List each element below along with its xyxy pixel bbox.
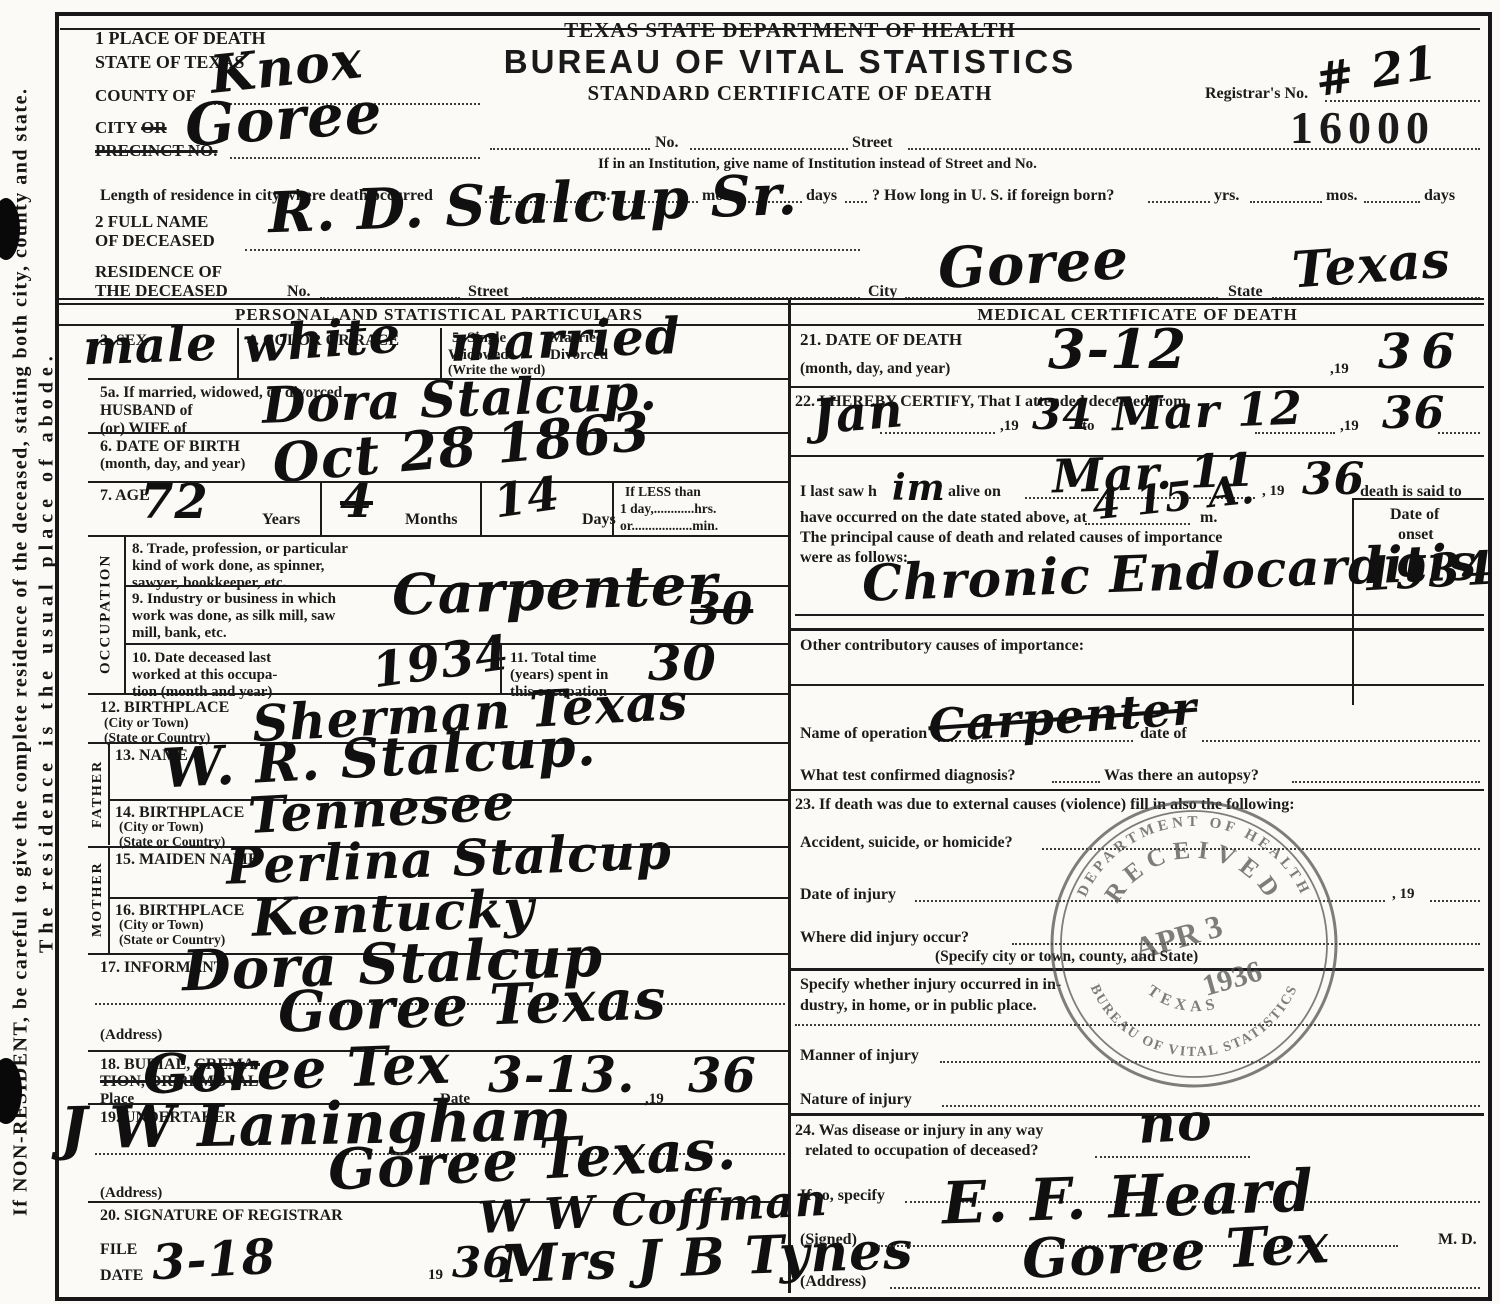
m-label: m. [1200, 508, 1217, 527]
burial-19-label: ,19 [645, 1090, 664, 1108]
fb-mos: mos. [1326, 186, 1358, 205]
autopsy-label: Was there an autopsy? [1104, 766, 1259, 785]
f22-dots1 [880, 432, 995, 434]
death-certificate-scan: If NON-RESIDENT, be careful to give the … [0, 0, 1500, 1304]
full-name-handwritten: R. D. Stalcup Sr. [267, 167, 798, 241]
file-date-label: DATE [100, 1266, 143, 1285]
father-strip-divider [108, 742, 110, 845]
industry-struck-handwritten: 30 [690, 588, 753, 632]
nature-label: Nature of injury [800, 1090, 912, 1109]
fb-days: days [1424, 186, 1455, 205]
last-saw-19-label: , 19 [1262, 482, 1285, 500]
cause-underline [795, 614, 1484, 616]
res-city-handwritten: Goree [937, 231, 1131, 297]
burial-year-handwritten: 36 [688, 1052, 757, 1100]
less-than-label3: or..................min. [620, 518, 718, 534]
county-of-label: COUNTY OF [95, 86, 196, 106]
f9-label3: mill, bank, etc. [132, 624, 227, 642]
row7-bottom-rule [88, 535, 788, 537]
onset-label1: Date of [1390, 505, 1439, 524]
no-label: No. [655, 133, 679, 152]
f20-label: 20. SIGNATURE OF REGISTRAR [100, 1206, 343, 1225]
file-date-handwritten: 3-18 [151, 1233, 277, 1287]
f21-19-label: ,19 [1330, 360, 1349, 378]
fb-dots2 [1250, 201, 1322, 203]
f8-label1: 8. Trade, profession, or particular [132, 540, 348, 558]
age-years-handwritten: 72 [140, 478, 209, 526]
contributory-label: Other contributory causes of importance: [800, 636, 1084, 655]
less-than-label2: 1 day,............hrs. [620, 501, 716, 517]
mother-strip-divider [108, 846, 110, 953]
foreign-born-label: ? How long in U. S. if foreign born? [872, 186, 1114, 205]
section-top-rule1 [59, 298, 1484, 300]
onset-handwritten: 1934 [1361, 545, 1495, 598]
mother-side-label: MOTHER [88, 846, 108, 953]
f12-city-town: (City or Town) [104, 715, 189, 731]
file-19-label: 19 [428, 1266, 443, 1284]
lr-days: days [806, 186, 837, 205]
lr-dots4 [845, 201, 867, 203]
f16-city-town: (City or Town) [119, 917, 204, 933]
f22-dots3 [1438, 432, 1480, 434]
days-label: Days [582, 510, 616, 529]
test-dots [1052, 781, 1100, 783]
last-saw-pre-label: I last saw h [800, 482, 877, 501]
test-label: What test confirmed diagnosis? [800, 766, 1016, 785]
f8-label2: kind of work done, as spinner, [132, 557, 324, 575]
f22-19b: ,19 [1340, 417, 1359, 435]
autopsy-dots [1292, 781, 1480, 783]
date-of-label: date of [1140, 724, 1187, 743]
industry-handwritten: Carpenter [391, 556, 719, 623]
f21-label: 21. DATE OF DEATH [800, 330, 962, 350]
f21-sub-label: (month, day, and year) [800, 360, 950, 379]
age-days-handwritten: 14 [491, 470, 563, 525]
sex-race-divider [237, 328, 239, 378]
age-div3 [612, 481, 614, 535]
date-of-dots [1202, 740, 1480, 742]
fb-dots3 [1364, 201, 1420, 203]
city-word: CITY [95, 118, 137, 137]
file-label: FILE [100, 1240, 137, 1259]
specify-label2: dustry, in home, or in public place. [800, 996, 1037, 1015]
race-handwritten: white [241, 310, 402, 371]
f10-label1: 10. Date deceased last [132, 649, 271, 667]
years-label: Years [262, 510, 300, 529]
signed-label: (Signed) [800, 1230, 857, 1249]
street-label: Street [852, 133, 893, 152]
md-label: M. D. [1438, 1230, 1477, 1249]
last-saw-year-handwritten: 36 [1302, 458, 1365, 502]
received-stamp: DEPARTMENT OF HEALTH RECEIVED APR 3 1936… [1038, 788, 1350, 1100]
city-handwritten: Goree [183, 83, 384, 155]
f24-label2: related to occupation of deceased? [805, 1141, 1038, 1160]
sex-handwritten: male [82, 320, 218, 373]
precinct-dotted-line [230, 157, 480, 159]
signed-address-dots [890, 1287, 1480, 1289]
fb-yrs: yrs. [1214, 186, 1239, 205]
less-than-label1: If LESS than [625, 484, 701, 500]
attended-to-handwritten: Mar 12 [1111, 385, 1303, 438]
signed-address-handwritten: Goree Tex [1021, 1216, 1331, 1286]
f24-handwritten: no [1137, 1096, 1214, 1152]
cert-title: STANDARD CERTIFICATE OF DEATH [480, 81, 1100, 106]
stamp-bottom-arc-text: BUREAU OF VITAL STATISTICS [1087, 982, 1301, 1060]
onset-box-top-rule [1352, 498, 1484, 500]
occurred-pre-label: have occurred on the date stated above, … [800, 508, 1087, 527]
f5a-label2: HUSBAND of [100, 402, 193, 421]
undertaker-address-label: (Address) [100, 1184, 162, 1202]
f24-label1: 24. Was disease or injury in any way [795, 1121, 1043, 1140]
full-name-label1: 2 FULL NAME [95, 212, 208, 232]
res-state-handwritten: Texas [1290, 235, 1452, 296]
occupation-side-label: OCCUPATION [90, 535, 122, 693]
accident-label: Accident, suicide, or homicide? [800, 833, 1013, 852]
dob-sub-label: (month, day, and year) [100, 455, 245, 473]
f22-19a: ,19 [1000, 417, 1019, 435]
contributory-top-rule [791, 628, 1484, 631]
onset-box-left-rule [1352, 498, 1354, 705]
father-side-label: FATHER [88, 742, 108, 845]
dob-label: 6. DATE OF BIRTH [100, 437, 240, 456]
center-vertical-divider [788, 298, 791, 1293]
f24-dots [1095, 1156, 1250, 1158]
marital-handwritten: married [449, 311, 681, 369]
age-div2 [480, 481, 482, 535]
street-line-dots2 [690, 148, 848, 150]
form-title-block: TEXAS STATE DEPARTMENT OF HEALTH BUREAU … [480, 18, 1100, 106]
full-name-label2: OF DECEASED [95, 231, 215, 251]
occurred-dots [1085, 523, 1190, 525]
residence-label1: RESIDENCE OF [95, 262, 222, 282]
specify-label1: Specify whether injury occurred in in- [800, 975, 1061, 994]
if-so-label: If so, specify [800, 1186, 885, 1205]
age-months-handwritten: 4 [340, 478, 373, 524]
street-line-dots1 [490, 148, 650, 150]
f11-label1: 11. Total time [510, 649, 596, 667]
bureau-title: BUREAU OF VITAL STATISTICS [480, 43, 1100, 81]
stamp-date-line1: APR 3 [1130, 907, 1226, 966]
f5a-label3: (or) WIFE of [100, 420, 187, 439]
f9-label1: 9. Industry or business in which [132, 590, 336, 608]
manner-label: Manner of injury [800, 1046, 919, 1065]
city-label: CITY OR [95, 118, 167, 138]
f22-dots2 [1255, 432, 1335, 434]
svg-text:BUREAU OF VITAL STATISTICS: BUREAU OF VITAL STATISTICS [1087, 982, 1301, 1060]
months-label: Months [405, 510, 457, 529]
occupation-strip-divider [124, 535, 126, 693]
injury-19-dots [1430, 900, 1480, 902]
informant-address-handwritten: Goree Texas [277, 971, 667, 1041]
attended-to-year-handwritten: 36 [1382, 392, 1445, 436]
f10-label2: worked at this occupa- [132, 666, 277, 684]
city-or-struck: OR [141, 118, 167, 137]
f22-to-label: to [1082, 417, 1095, 435]
injury-where-label: Where did injury occur? [800, 928, 969, 947]
fb-dots1 [1148, 201, 1210, 203]
death-year-handwritten: 36 [1378, 328, 1465, 376]
f9-label2: work was done, as silk mill, saw [132, 607, 335, 625]
full-name-dots [245, 249, 860, 251]
dept-title: TEXAS STATE DEPARTMENT OF HEALTH [480, 18, 1100, 43]
age-div1 [320, 481, 322, 535]
stamp-date-line2: 1936 [1199, 954, 1266, 1002]
operation-label: Name of operation [800, 724, 927, 743]
f14-city-town: (City or Town) [119, 819, 204, 835]
last-saw-mid-label: alive on [948, 482, 1001, 501]
signed-address-label: (Address) [800, 1272, 866, 1291]
last-saw-him-handwritten: im [892, 470, 946, 506]
certificate-number: 16000 [1290, 100, 1435, 155]
injury-date-label: Date of injury [800, 885, 896, 904]
injury-19-label: , 19 [1392, 885, 1415, 903]
death-date-handwritten: 3-12 [1048, 322, 1187, 376]
